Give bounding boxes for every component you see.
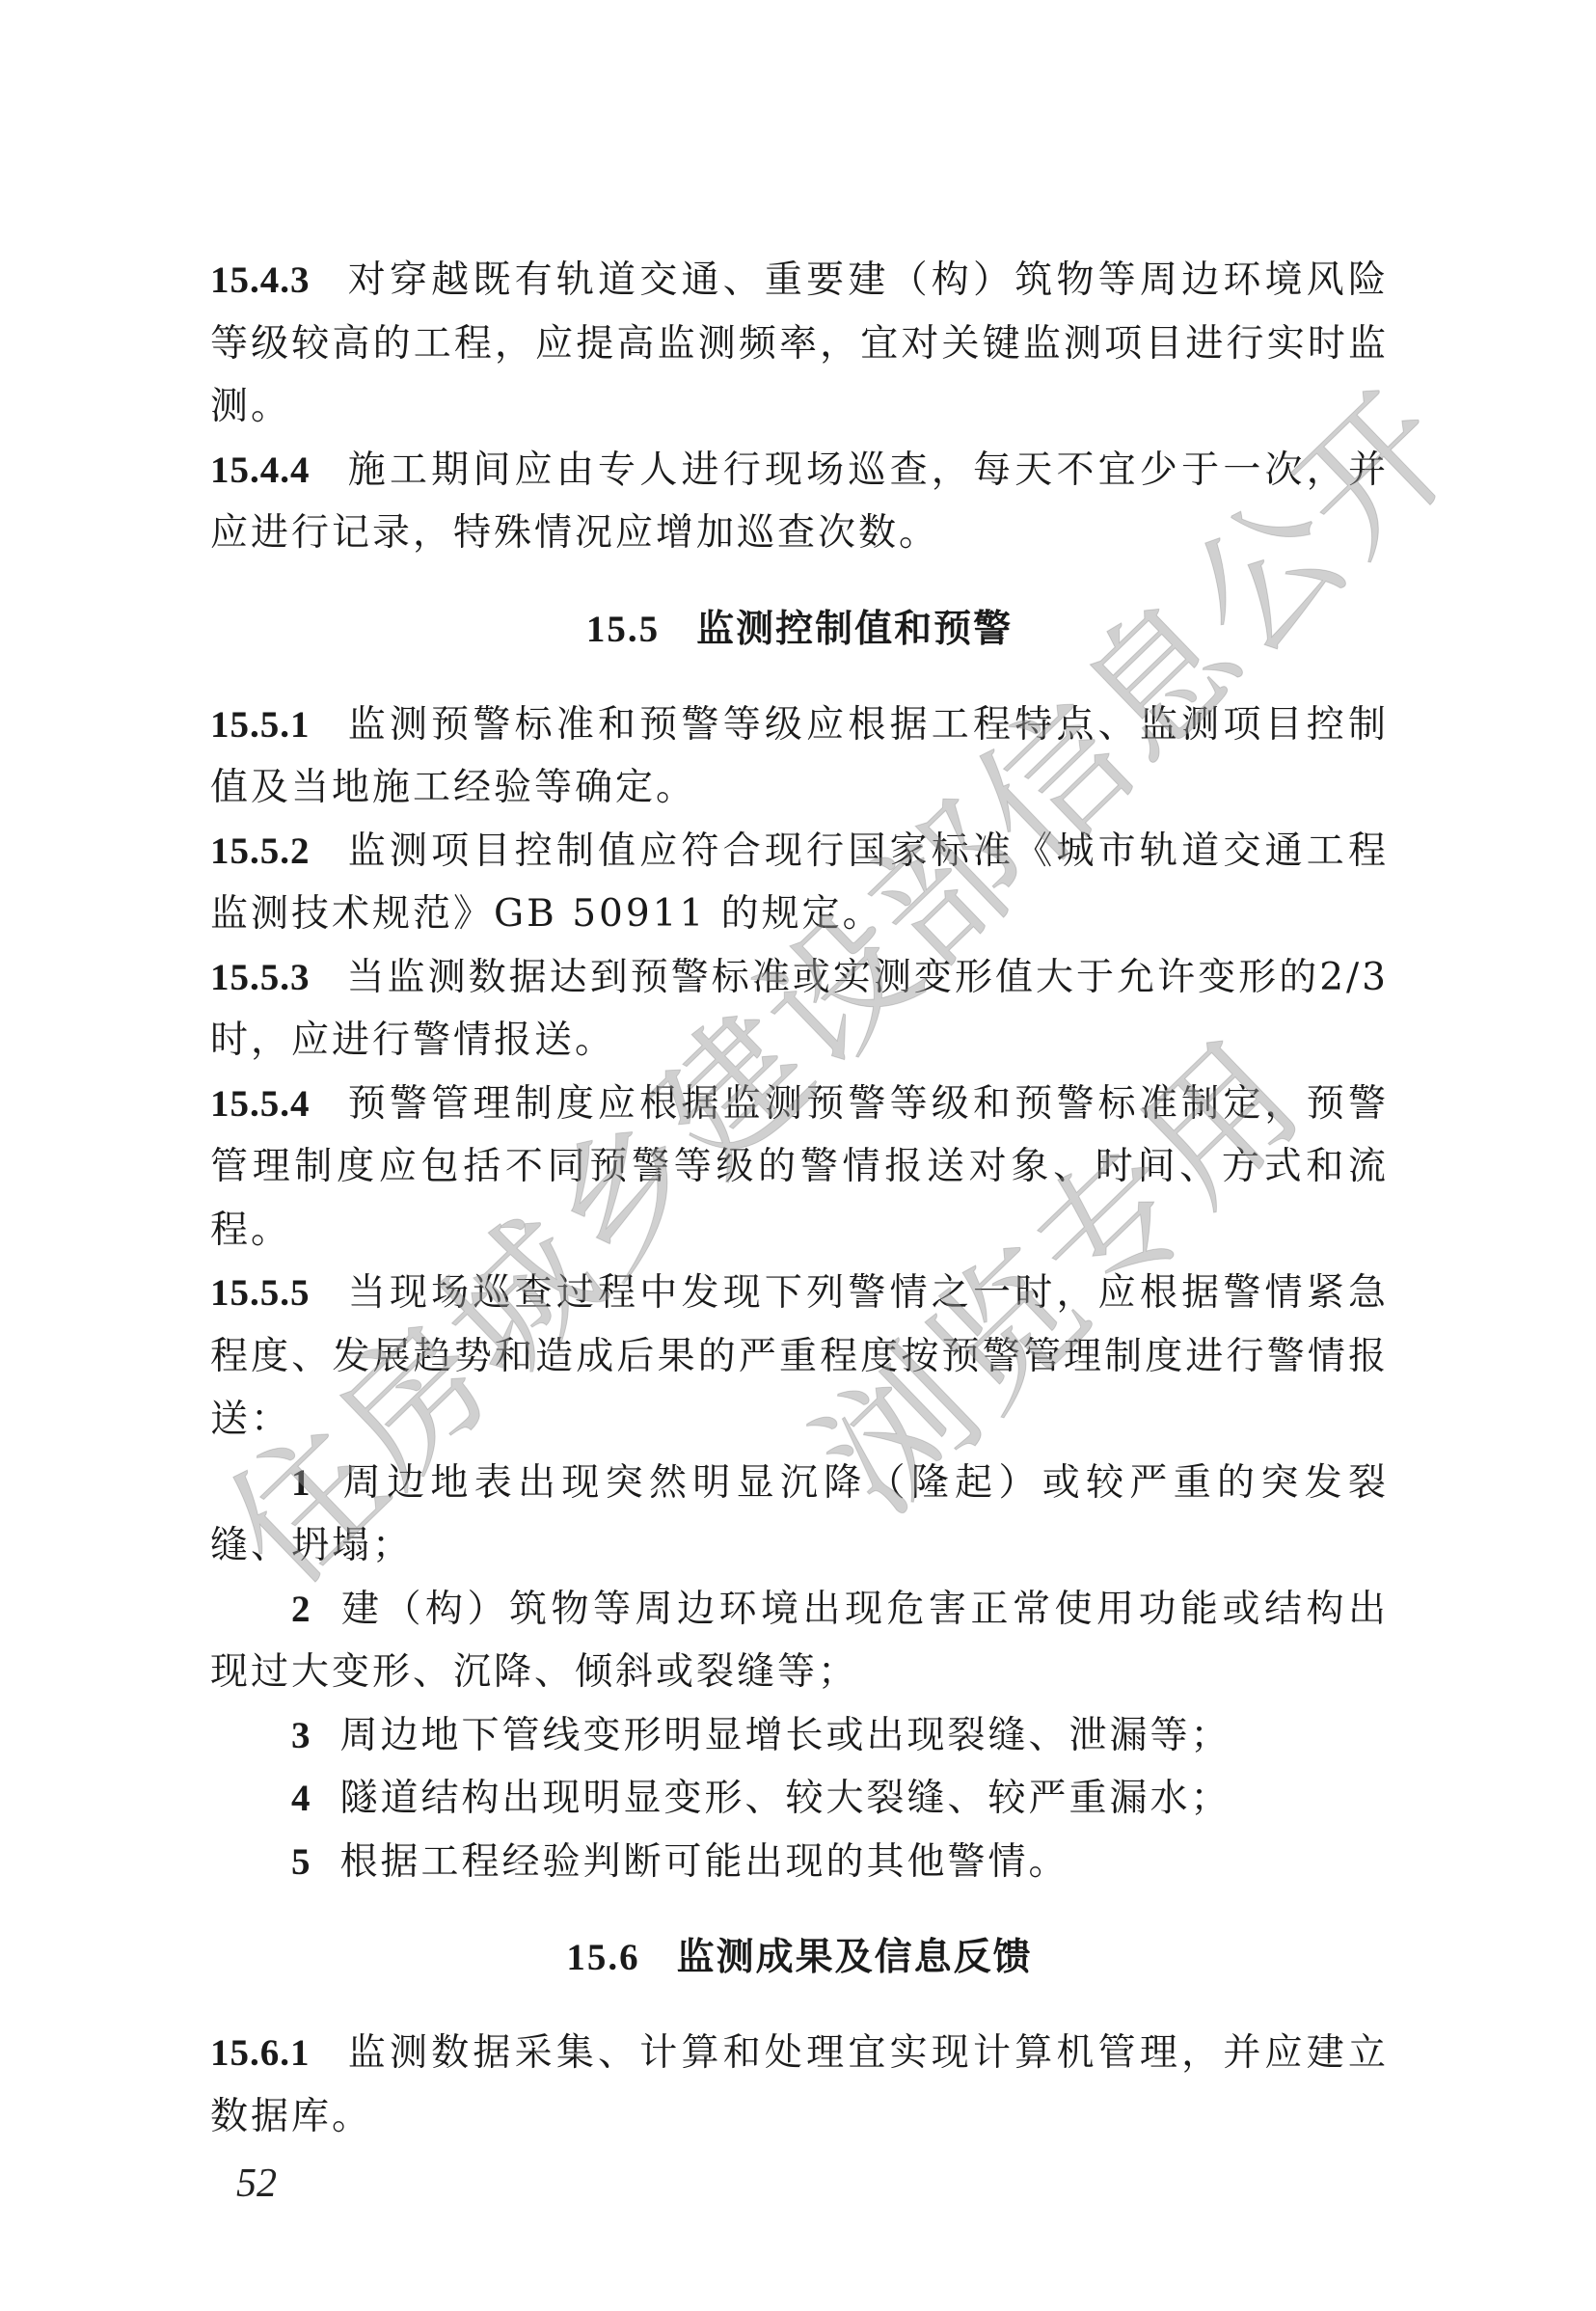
item-number: 3 [291,1715,311,1756]
item-text: 建（构）筑物等周边环境出现危害正常使用功能或结构出现过大变形、沉降、倾斜或裂缝等… [210,1588,1389,1695]
clause-15-4-3: 15.4.3对穿越既有轨道交通、重要建（构）筑物等周边环境风险等级较高的工程，应… [210,249,1389,439]
page-number: 52 [236,2161,277,2207]
clause-number: 15.4.3 [210,259,311,301]
clause-number: 15.5.2 [210,830,311,872]
clause-text: 监测数据采集、计算和处理宜实现计算机管理，并应建立数据库。 [210,2031,1389,2138]
list-item-1: 1周边地表出现突然明显沉降（隆起）或较严重的突发裂缝、坍塌； [210,1452,1389,1578]
clause-text: 监测项目控制值应符合现行国家标准《城市轨道交通工程监测技术规范》GB 50911… [210,829,1389,937]
section-heading-15-5: 15.5监测控制值和预警 [210,598,1389,661]
clause-number: 15.5.4 [210,1083,311,1125]
section-title: 监测成果及信息反馈 [677,1935,1033,1979]
clause-text: 当现场巡查过程中发现下列警情之一时，应根据警情紧急程度、发展趋势和造成后果的严重… [210,1271,1389,1441]
clause-15-4-4: 15.4.4施工期间应由专人进行现场巡查，每天不宜少于一次，并应进行记录，特殊情… [210,439,1389,565]
clause-15-5-3: 15.5.3当监测数据达到预警标准或实测变形值大于允许变形的2/3 时，应进行警… [210,946,1389,1073]
clause-text: 当监测数据达到预警标准或实测变形值大于允许变形的2/3 时，应进行警情报送。 [210,956,1389,1063]
list-item-3: 3周边地下管线变形明显增长或出现裂缝、泄漏等； [210,1704,1389,1768]
list-item-2: 2建（构）筑物等周边环境出现危害正常使用功能或结构出现过大变形、沉降、倾斜或裂缝… [210,1578,1389,1704]
clause-15-5-2: 15.5.2监测项目控制值应符合现行国家标准《城市轨道交通工程监测技术规范》GB… [210,820,1389,946]
item-number: 2 [291,1589,311,1630]
item-number: 4 [291,1778,311,1819]
clause-text: 预警管理制度应根据监测预警等级和预警标准制定，预警管理制度应包括不同预警等级的警… [210,1082,1389,1252]
clause-text: 监测预警标准和预警等级应根据工程特点、监测项目控制值及当地施工经验等确定。 [210,703,1389,810]
clause-15-6-1: 15.6.1监测数据采集、计算和处理宜实现计算机管理，并应建立数据库。 [210,2022,1389,2148]
clause-number: 15.5.3 [210,957,311,998]
clause-15-5-4: 15.5.4预警管理制度应根据监测预警等级和预警标准制定，预警管理制度应包括不同… [210,1073,1389,1263]
item-text: 周边地表出现突然明显沉降（隆起）或较严重的突发裂缝、坍塌； [210,1461,1389,1568]
section-heading-15-6: 15.6监测成果及信息反馈 [210,1926,1389,1989]
clause-number: 15.5.5 [210,1272,311,1314]
item-text: 周边地下管线变形明显增长或出现裂缝、泄漏等； [340,1714,1231,1757]
item-number: 1 [291,1462,311,1504]
clause-number: 15.5.1 [210,704,311,746]
clause-number: 15.6.1 [210,2032,311,2074]
item-text: 隧道结构出现明显变形、较大裂缝、较严重漏水； [340,1777,1231,1820]
clause-text: 对穿越既有轨道交通、重要建（构）筑物等周边环境风险等级较高的工程，应提高监测频率… [210,258,1389,428]
list-item-5: 5根据工程经验判断可能出现的其他警情。 [210,1831,1389,1894]
clause-number: 15.4.4 [210,449,311,491]
document-page: 15.4.3对穿越既有轨道交通、重要建（构）筑物等周边环境风险等级较高的工程，应… [210,249,1389,2148]
section-number: 15.5 [586,609,660,650]
clause-15-5-5: 15.5.5当现场巡查过程中发现下列警情之一时，应根据警情紧急程度、发展趋势和造… [210,1262,1389,1452]
clause-15-5-1: 15.5.1监测预警标准和预警等级应根据工程特点、监测项目控制值及当地施工经验等… [210,693,1389,820]
item-number: 5 [291,1841,311,1883]
item-text: 根据工程经验判断可能出现的其他警情。 [340,1840,1069,1884]
list-item-4: 4隧道结构出现明显变形、较大裂缝、较严重漏水； [210,1767,1389,1831]
clause-text: 施工期间应由专人进行现场巡查，每天不宜少于一次，并应进行记录，特殊情况应增加巡查… [210,449,1389,556]
section-number: 15.6 [566,1937,639,1978]
section-title: 监测控制值和预警 [696,607,1013,651]
